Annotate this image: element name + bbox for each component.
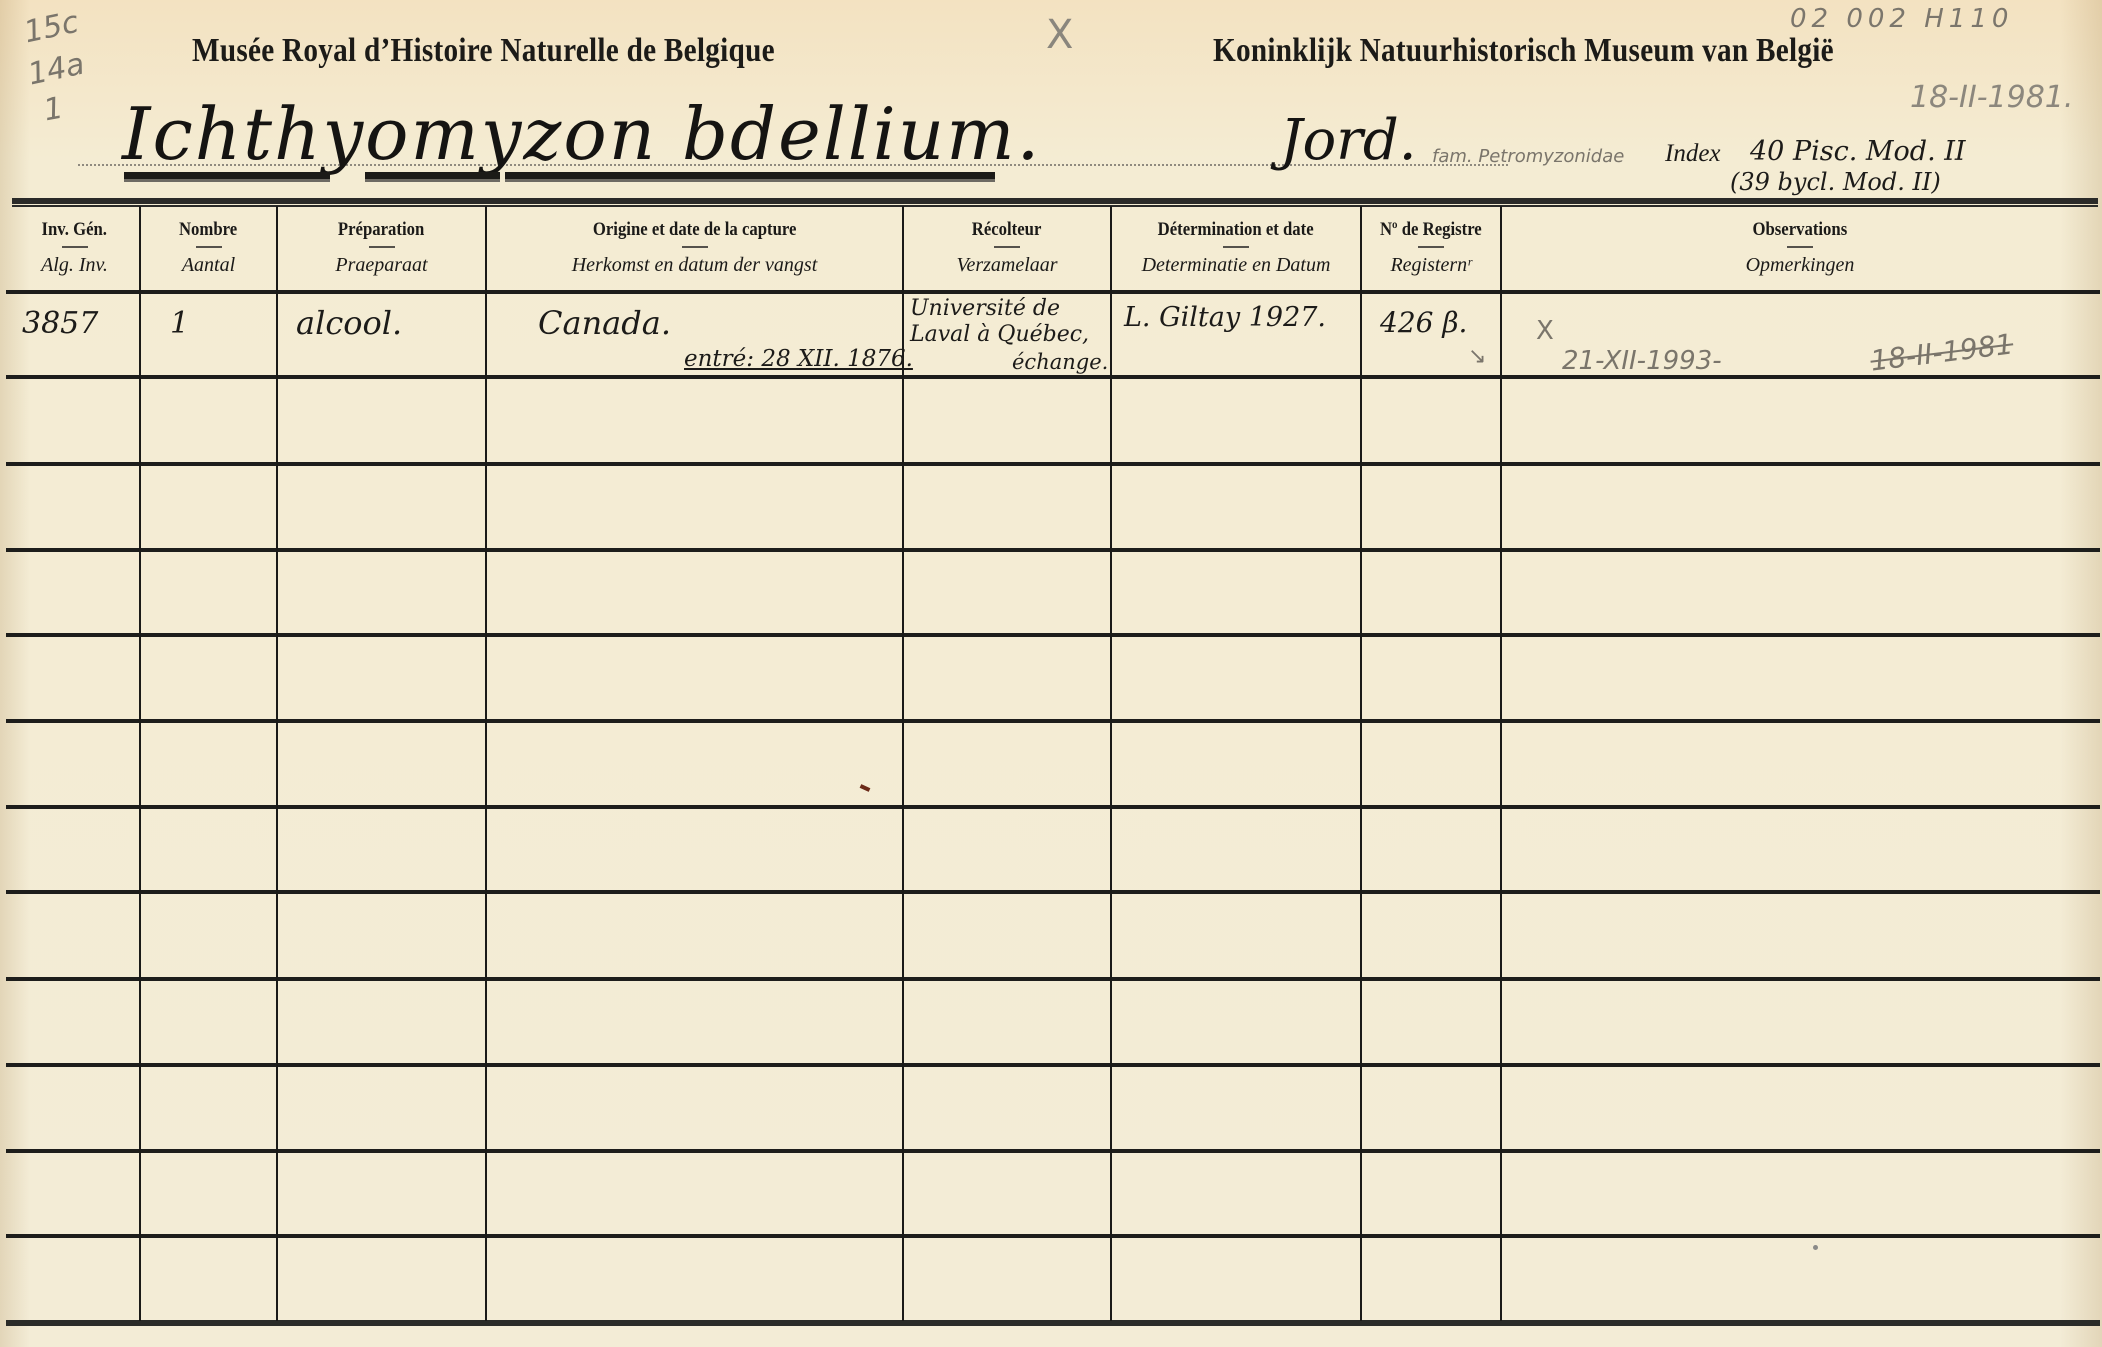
species-underline-2 xyxy=(365,172,500,182)
col-divider-4 xyxy=(902,206,904,1321)
cell-origine-date: entré: 28 XII. 1876. xyxy=(684,346,913,372)
header-dash xyxy=(994,246,1020,248)
column-header-nombre: Nombre Aantal xyxy=(141,206,276,290)
species-author: Jord. xyxy=(1280,108,1417,173)
cell-determination: L. Giltay 1927. xyxy=(1124,302,1326,333)
header-dash xyxy=(1223,246,1249,248)
column-header-registre-nl: Registernʳ xyxy=(1390,254,1471,277)
row-rule-9 xyxy=(6,1063,2100,1067)
cell-recolteur-line2: Laval à Québec, xyxy=(910,322,1089,347)
cell-recolteur-line3: échange. xyxy=(1012,350,1108,374)
col-divider-2 xyxy=(276,206,278,1321)
row-rule-6 xyxy=(6,805,2100,809)
col-divider-7 xyxy=(1500,206,1502,1321)
column-header-preparation: Préparation Praeparaat xyxy=(278,206,485,290)
cell-nombre: 1 xyxy=(170,306,189,341)
cell-observations-date2-struck: 18-II-1981 xyxy=(1869,327,2016,377)
registre-arrow-mark: ↘ xyxy=(1468,344,1486,369)
column-header-origine-fr: Origine et date de la capture xyxy=(593,219,797,241)
species-name: Ichthyomyzon bdellium. xyxy=(122,92,1041,176)
cell-origine: Canada. xyxy=(538,304,671,342)
header-rule-thick xyxy=(12,198,2098,204)
column-header-determination-fr: Détermination et date xyxy=(1158,219,1314,241)
museum-title-dutch: Koninklijk Natuurhistorisch Museum van B… xyxy=(1213,32,1834,70)
column-header-origine-nl: Herkomst en datum der vangst xyxy=(572,254,818,277)
column-header-determination: Détermination et date Determinatie en Da… xyxy=(1112,206,1360,290)
header-dash xyxy=(62,246,88,248)
margin-note-14a: 14a xyxy=(25,47,88,93)
table-bottom-rule xyxy=(6,1320,2100,1326)
column-header-inv: Inv. Gén. Alg. Inv. xyxy=(10,206,139,290)
column-header-preparation-fr: Préparation xyxy=(338,219,424,241)
column-header-observations-nl: Opmerkingen xyxy=(1746,254,1855,277)
column-header-inv-fr: Inv. Gén. xyxy=(42,219,108,241)
column-header-observations-fr: Observations xyxy=(1753,219,1848,241)
ink-speck xyxy=(860,784,871,792)
row-rule-7 xyxy=(6,890,2100,894)
index-value-line2: (39 bycl. Mod. II) xyxy=(1730,168,1941,196)
margin-note-1: 1 xyxy=(41,91,66,129)
column-header-registre: Nº de Registre Registernʳ xyxy=(1362,206,1500,290)
header-dash xyxy=(682,246,708,248)
row-rule-3 xyxy=(6,548,2100,552)
col-divider-6 xyxy=(1360,206,1362,1321)
column-header-observations: Observations Opmerkingen xyxy=(1502,206,2098,290)
top-mark-x: X xyxy=(1046,12,1073,58)
cell-preparation: alcool. xyxy=(296,304,402,342)
column-header-nombre-nl: Aantal xyxy=(182,254,235,277)
header-dash xyxy=(1418,246,1444,248)
col-divider-1 xyxy=(139,206,141,1321)
column-header-recolteur-fr: Récolteur xyxy=(972,219,1042,241)
row-rule-2 xyxy=(6,462,2100,466)
museum-title-french: Musée Royal d’Histoire Naturelle de Belg… xyxy=(192,32,775,70)
cell-observations-date1: 21-XII-1993- xyxy=(1562,346,1722,376)
species-underline-1 xyxy=(124,172,330,182)
col-divider-5 xyxy=(1110,206,1112,1321)
row-rule-1 xyxy=(6,375,2100,379)
cell-inv-number: 3857 xyxy=(22,306,98,341)
header-dash xyxy=(1787,246,1813,248)
header-dash xyxy=(369,246,395,248)
header-dash xyxy=(196,246,222,248)
column-header-origine: Origine et date de la capture Herkomst e… xyxy=(487,206,902,290)
column-header-recolteur: Récolteur Verzamelaar xyxy=(904,206,1110,290)
column-header-recolteur-nl: Verzamelaar xyxy=(956,254,1057,277)
cell-registre: 426 β. xyxy=(1380,306,1467,339)
reference-code: 02 002 H110 xyxy=(1790,4,2013,34)
index-label: Index xyxy=(1665,140,1721,168)
row-rule-11 xyxy=(6,1234,2100,1238)
margin-note-15c: 15c xyxy=(21,5,82,51)
column-header-registre-fr: Nº de Registre xyxy=(1380,219,1482,241)
row-rule-4 xyxy=(6,633,2100,637)
species-underline-3 xyxy=(505,172,995,182)
ink-dot xyxy=(1813,1245,1818,1250)
row-rule-10 xyxy=(6,1149,2100,1153)
header-bottom-rule xyxy=(6,290,2100,294)
species-family: fam. Petromyzonidae xyxy=(1432,146,1624,167)
column-header-nombre-fr: Nombre xyxy=(179,219,237,241)
stamp-date: 18-II-1981. xyxy=(1910,80,2073,115)
column-header-preparation-nl: Praeparaat xyxy=(335,254,427,277)
col-divider-3 xyxy=(485,206,487,1321)
row-rule-5 xyxy=(6,719,2100,723)
cell-recolteur-line1: Université de xyxy=(910,296,1060,321)
index-value-line1: 40 Pisc. Mod. II xyxy=(1750,136,1966,167)
row-rule-8 xyxy=(6,977,2100,981)
column-header-determination-nl: Determinatie en Datum xyxy=(1142,254,1331,277)
column-header-inv-nl: Alg. Inv. xyxy=(41,254,108,277)
cell-observations-mark: X xyxy=(1536,316,1554,346)
